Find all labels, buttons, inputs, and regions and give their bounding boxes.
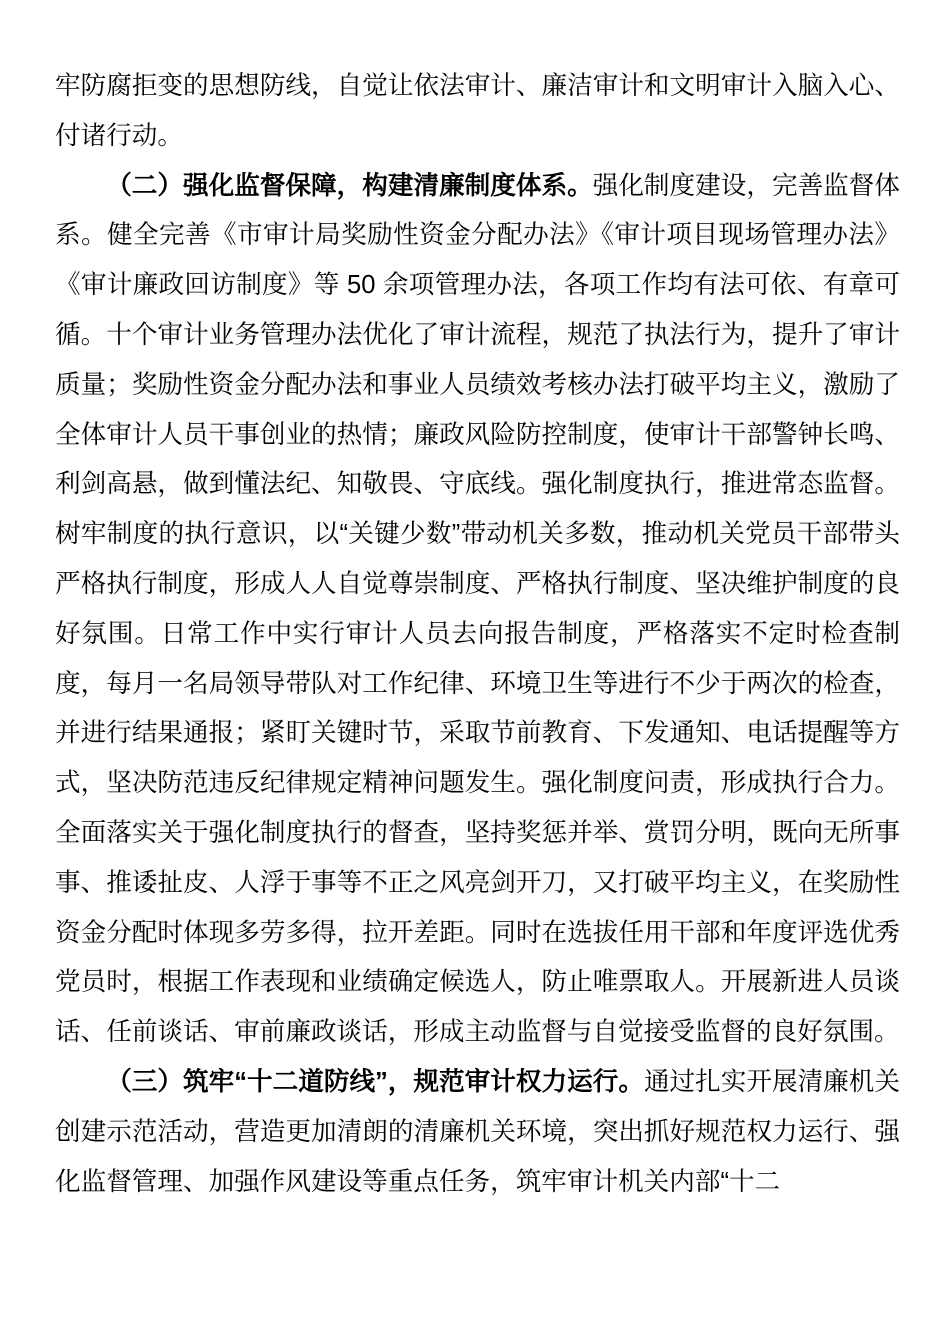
paragraph-section-three: （三）筑牢“十二道防线”，规范审计权力运行。通过扎实开展清廉机关创建示范活动，营… — [55, 1058, 900, 1207]
paragraph-continuation: 牢防腐拒变的思想防线，自觉让依法审计、廉洁审计和文明审计入脑入心、付诸行动。 — [55, 62, 900, 162]
paragraph-body-text: 牢防腐拒变的思想防线，自觉让依法审计、廉洁审计和文明审计入脑入心、付诸行动。 — [55, 72, 900, 150]
paragraph-section-two: （二）强化监督保障，构建清廉制度体系。强化制度建设，完善监督体系。健全完善《市审… — [55, 162, 900, 1058]
paragraph-body-text: 强化制度建设，完善监督体系。健全完善《市审计局奖励性资金分配办法》《审计项目现场… — [55, 172, 900, 1047]
document-page: 牢防腐拒变的思想防线，自觉让依法审计、廉洁审计和文明审计入脑入心、付诸行动。 （… — [0, 0, 950, 1344]
section-two-heading: （二）强化监督保障，构建清廉制度体系。 — [106, 172, 593, 200]
section-three-heading: （三）筑牢“十二道防线”，规范审计权力运行。 — [106, 1068, 644, 1096]
